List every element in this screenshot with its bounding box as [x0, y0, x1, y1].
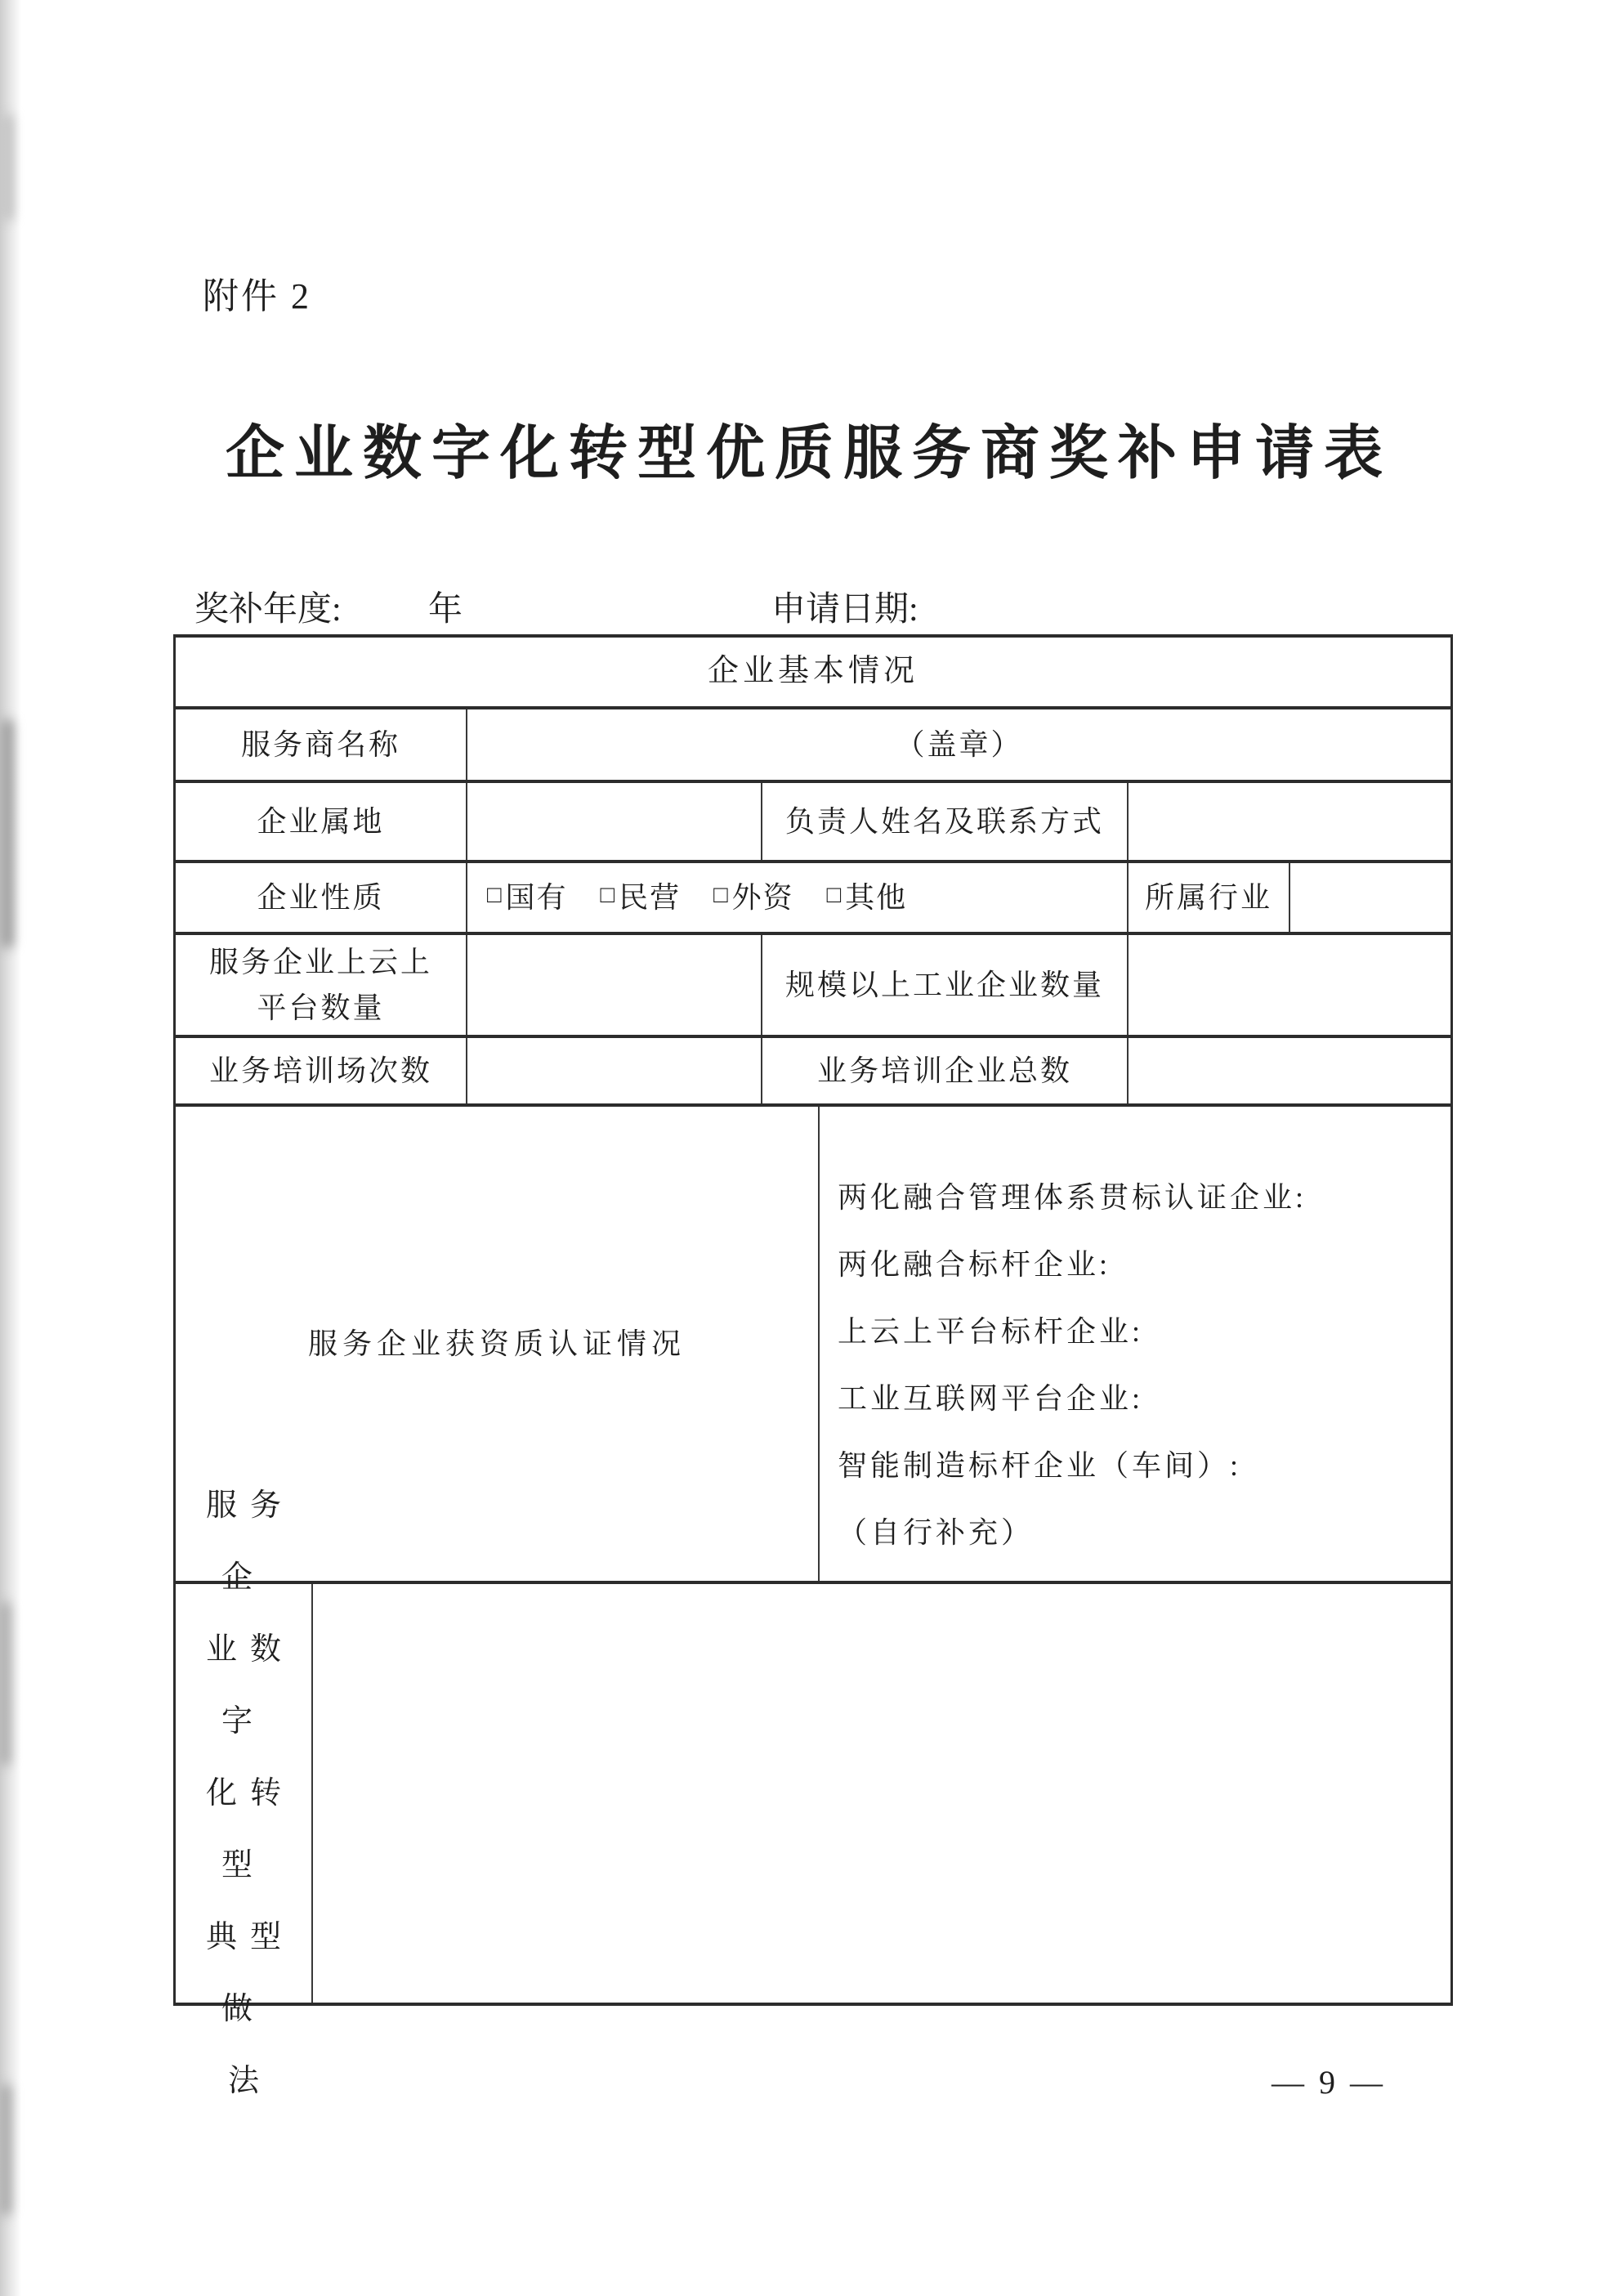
- typical-label-line: 典型做: [176, 1901, 311, 2045]
- provider-name-value-cell: （盖章）: [466, 709, 1450, 780]
- training-row: 业务培训场次数 业务培训企业总数: [176, 1035, 1450, 1103]
- cloud-count-value-cell: [466, 935, 761, 1035]
- qualification-line: 两化融合标杆企业:: [838, 1231, 1436, 1298]
- checkbox-icon: □: [827, 879, 843, 911]
- location-value-cell: [466, 783, 761, 860]
- cloud-count-label-line2: 平台数量: [257, 985, 384, 1031]
- scan-smudge: [0, 1602, 10, 1766]
- industry-label-cell: 所属行业: [1127, 863, 1289, 932]
- scan-smudge: [1, 2084, 11, 2215]
- cloud-count-label-cell: 服务企业上云上 平台数量: [176, 935, 466, 1035]
- nature-row: 企业性质 □ 国有 □ 民营 □ 外资 □ 其他 所属行业: [176, 860, 1450, 932]
- typical-practices-label-cell: 服务企 业数字 化转型 典型做 法: [176, 1584, 311, 2003]
- industry-value-cell: [1289, 863, 1450, 932]
- page-number: — 9 —: [1272, 2063, 1386, 2101]
- cloud-count-label-line1: 服务企业上云上: [209, 939, 432, 985]
- checkbox-icon: □: [601, 879, 617, 911]
- typical-practices-row: 服务企 业数字 化转型 典型做 法: [176, 1581, 1450, 2003]
- option-private: □ 民营: [601, 878, 682, 918]
- section-header-row: 企业基本情况: [176, 638, 1450, 706]
- award-year-value: 年: [428, 582, 463, 631]
- training-total-label-cell: 业务培训企业总数: [761, 1038, 1127, 1103]
- contact-value-cell: [1127, 783, 1450, 860]
- typical-label-line: 法: [215, 2045, 272, 2117]
- training-sessions-value-cell: [466, 1038, 761, 1103]
- scan-smudge: [5, 114, 12, 221]
- option-label: 外资: [732, 878, 794, 918]
- typical-label-line: 服务企: [176, 1470, 311, 1613]
- option-label: 其他: [845, 878, 907, 918]
- checkbox-icon: □: [713, 879, 730, 911]
- checkbox-icon: □: [487, 879, 503, 911]
- option-state-owned: □ 国有: [487, 878, 568, 918]
- qualification-line: 上云上平台标杆企业:: [838, 1298, 1436, 1365]
- nature-label-cell: 企业性质: [176, 863, 466, 932]
- qualification-line: 两化融合管理体系贯标认证企业:: [838, 1164, 1436, 1231]
- typical-practices-value-cell: [311, 1584, 1450, 2003]
- cloud-count-row: 服务企业上云上 平台数量 规模以上工业企业数量: [176, 932, 1450, 1035]
- qualification-row: 服务企业获资质认证情况 两化融合管理体系贯标认证企业: 两化融合标杆企业: 上云…: [176, 1103, 1450, 1581]
- qualification-line: （自行补充）: [838, 1499, 1436, 1566]
- attachment-label: 附件 2: [203, 266, 311, 319]
- training-total-value-cell: [1127, 1038, 1450, 1103]
- scale-count-value-cell: [1127, 935, 1450, 1035]
- nature-options-cell: □ 国有 □ 民营 □ 外资 □ 其他: [466, 863, 1127, 932]
- form-title: 企业数字化转型优质服务商奖补申请表: [0, 405, 1618, 490]
- meta-line: 奖补年度: 年 申请日期:: [0, 582, 1618, 626]
- section-header: 企业基本情况: [176, 638, 1450, 706]
- typical-label-line: 业数字: [176, 1613, 311, 1757]
- qualification-line: 智能制造标杆企业（车间）:: [838, 1432, 1436, 1499]
- typical-label-line: 化转型: [176, 1757, 311, 1901]
- provider-name-label-cell: 服务商名称: [176, 709, 466, 780]
- option-foreign: □ 外资: [713, 878, 794, 918]
- training-sessions-label-cell: 业务培训场次数: [176, 1038, 466, 1103]
- scan-smudge: [2, 719, 13, 948]
- qualification-line: 工业互联网平台企业:: [838, 1365, 1436, 1432]
- location-row: 企业属地 负责人姓名及联系方式: [176, 780, 1450, 860]
- option-label: 国有: [506, 878, 568, 918]
- scan-edge-artifact: [0, 0, 21, 2296]
- option-other: □ 其他: [827, 878, 908, 918]
- qualification-lines-cell: 两化融合管理体系贯标认证企业: 两化融合标杆企业: 上云上平台标杆企业: 工业互…: [818, 1107, 1450, 1581]
- award-year-label: 奖补年度:: [194, 582, 342, 631]
- basic-info-table: 企业基本情况 服务商名称 （盖章） 企业属地 负责人姓名及联系方式 企业性质 □…: [173, 634, 1453, 2006]
- scale-count-label-cell: 规模以上工业企业数量: [761, 935, 1127, 1035]
- location-label-cell: 企业属地: [176, 783, 466, 860]
- option-label: 民营: [619, 878, 681, 918]
- apply-date-label: 申请日期:: [771, 582, 919, 631]
- contact-label-cell: 负责人姓名及联系方式: [761, 783, 1127, 860]
- provider-name-row: 服务商名称 （盖章）: [176, 706, 1450, 780]
